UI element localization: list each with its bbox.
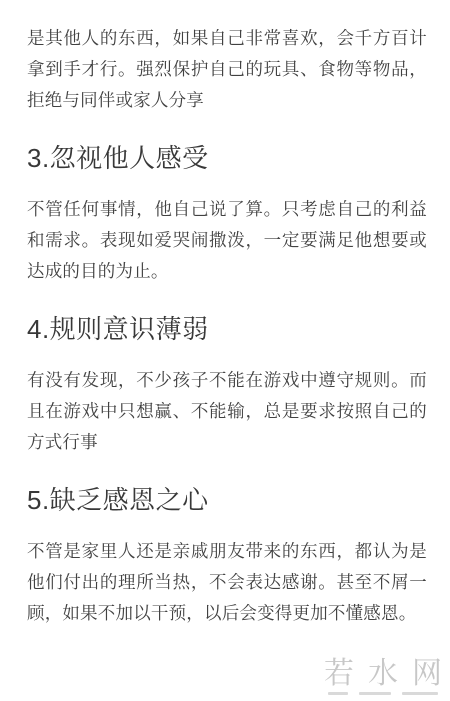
watermark-subtext xyxy=(324,692,442,695)
section-heading-5: 5.缺乏感恩之心 xyxy=(27,482,427,518)
article-content: 是其他人的东西，如果自己非常喜欢，会千方百计拿到手才行。强烈保护自己的玩具、食物… xyxy=(0,0,450,629)
watermark-subtext-mark xyxy=(402,692,438,695)
watermark-text: 若水网 xyxy=(324,658,450,690)
watermark: 若水网 xyxy=(324,658,442,695)
section-body-5: 不管是家里人还是亲戚朋友带来的东西，都认为是他们付出的理所当热，不会表达感谢。甚… xyxy=(27,536,427,629)
intro-paragraph: 是其他人的东西，如果自己非常喜欢，会千方百计拿到手才行。强烈保护自己的玩具、食物… xyxy=(27,23,427,116)
watermark-subtext-mark xyxy=(359,692,391,695)
section-body-4: 有没有发现，不少孩子不能在游戏中遵守规则。而且在游戏中只想赢、不能输，总是要求按… xyxy=(27,365,427,458)
section-heading-4: 4.规则意识薄弱 xyxy=(27,311,427,347)
watermark-subtext-mark xyxy=(328,692,348,695)
article-page: 是其他人的东西，如果自己非常喜欢，会千方百计拿到手才行。强烈保护自己的玩具、食物… xyxy=(0,0,450,701)
section-body-3: 不管任何事情，他自己说了算。只考虑自己的利益和需求。表现如爱哭闹撒泼，一定要满足… xyxy=(27,194,427,287)
section-heading-3: 3.忽视他人感受 xyxy=(27,140,427,176)
